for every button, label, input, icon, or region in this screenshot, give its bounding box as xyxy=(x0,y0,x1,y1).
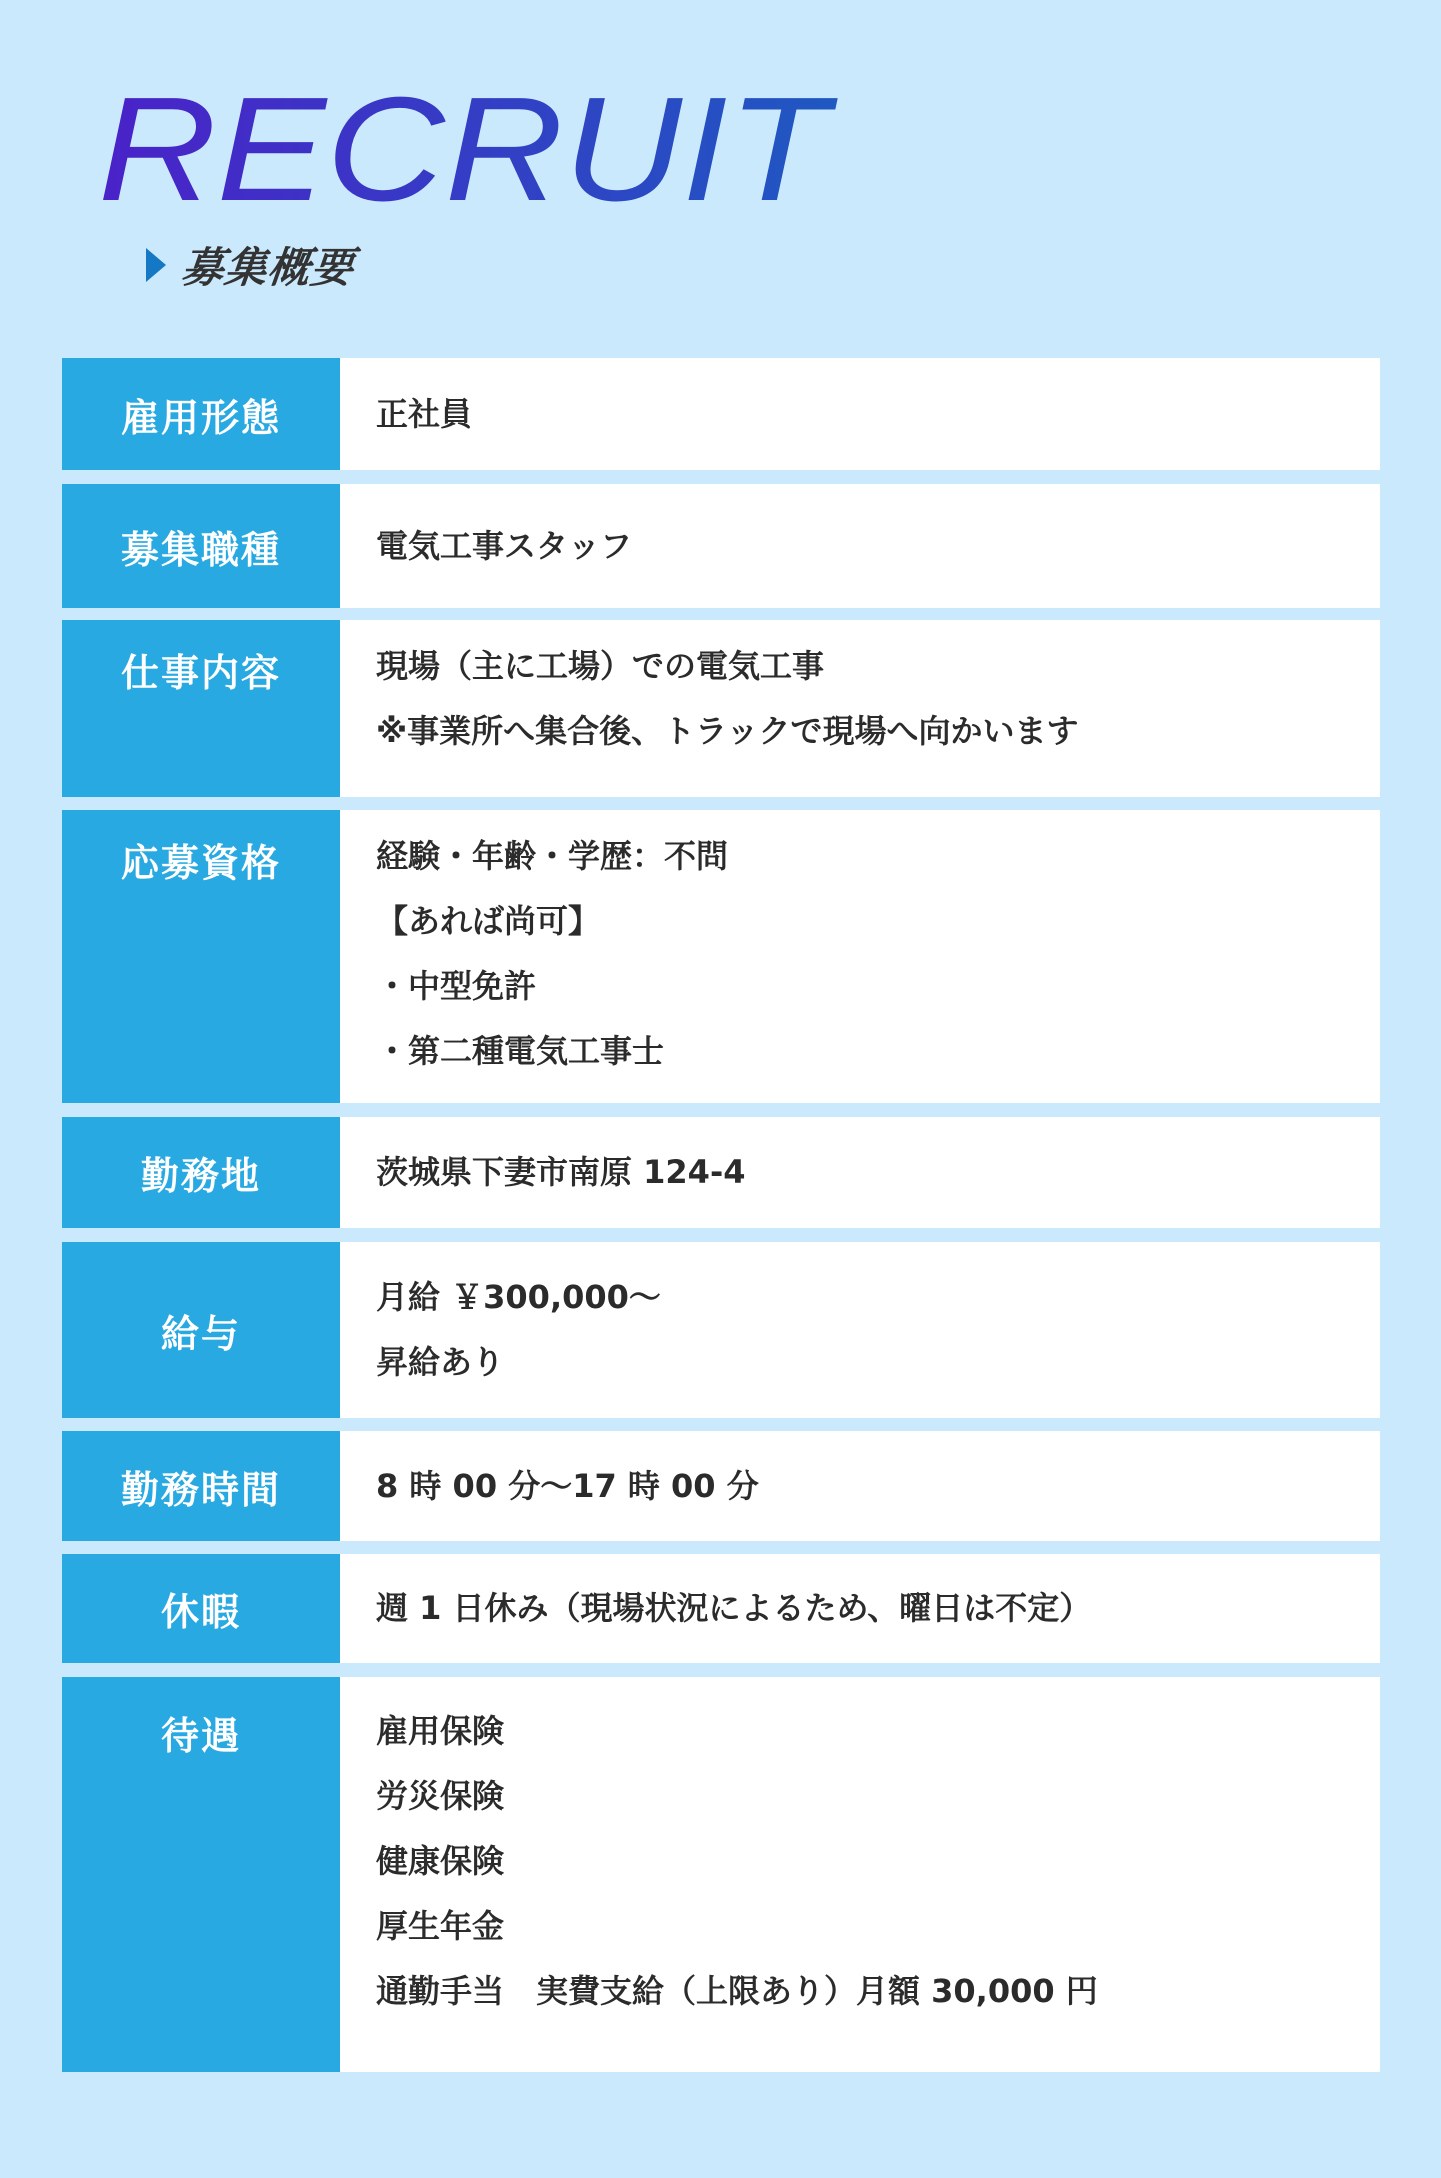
row-label: 勤務地 xyxy=(62,1117,340,1228)
recruit-wordmark: RECRUIT xyxy=(98,78,838,228)
row-label: 給与 xyxy=(62,1242,340,1418)
row-label: 仕事内容 xyxy=(62,620,340,797)
value-line: ・第二種電気工事士 xyxy=(376,1019,1380,1084)
section-subtitle: 募集概要 xyxy=(146,235,354,295)
row-label: 勤務時間 xyxy=(62,1431,340,1541)
row-value: 月給 ￥300,000〜 昇給あり xyxy=(340,1242,1380,1418)
triangle-marker-icon xyxy=(146,248,166,282)
value-line: 茨城県下妻市南原 124-4 xyxy=(376,1140,1380,1205)
row-label: 募集職種 xyxy=(62,484,340,608)
row-value: 雇用保険 労災保険 健康保険 厚生年金 通勤手当 実費支給（上限あり）月額 30… xyxy=(340,1677,1380,2072)
value-line: 昇給あり xyxy=(376,1330,1380,1395)
value-line: 厚生年金 xyxy=(376,1894,1380,1959)
table-row-holidays: 休暇 週 1 日休み（現場状況によるため、曜日は不定） xyxy=(62,1554,1380,1663)
value-line: ※事業所へ集合後、トラックで現場へ向かいます xyxy=(376,699,1380,764)
row-value: 8 時 00 分〜17 時 00 分 xyxy=(340,1431,1380,1541)
row-label: 雇用形態 xyxy=(62,358,340,470)
row-value: 正社員 xyxy=(340,358,1380,470)
table-row-job-type: 募集職種 電気工事スタッフ xyxy=(62,484,1380,608)
table-row-benefits: 待遇 雇用保険 労災保険 健康保険 厚生年金 通勤手当 実費支給（上限あり）月額… xyxy=(62,1677,1380,2072)
value-line: 8 時 00 分〜17 時 00 分 xyxy=(376,1454,1380,1519)
value-line: 健康保険 xyxy=(376,1829,1380,1894)
value-line: 週 1 日休み（現場状況によるため、曜日は不定） xyxy=(376,1576,1380,1641)
row-value: 週 1 日休み（現場状況によるため、曜日は不定） xyxy=(340,1554,1380,1663)
value-line: 電気工事スタッフ xyxy=(376,514,1380,579)
row-value: 茨城県下妻市南原 124-4 xyxy=(340,1117,1380,1228)
value-line: 現場（主に工場）での電気工事 xyxy=(376,634,1380,699)
row-value: 電気工事スタッフ xyxy=(340,484,1380,608)
value-line: 経験・年齢・学歴：不問 xyxy=(376,824,1380,889)
value-line: 正社員 xyxy=(376,382,1380,447)
row-value: 経験・年齢・学歴：不問 【あれば尚可】 ・中型免許 ・第二種電気工事士 xyxy=(340,810,1380,1103)
table-row-working-hours: 勤務時間 8 時 00 分〜17 時 00 分 xyxy=(62,1431,1380,1541)
value-line: 雇用保険 xyxy=(376,1699,1380,1764)
row-value: 現場（主に工場）での電気工事 ※事業所へ集合後、トラックで現場へ向かいます xyxy=(340,620,1380,797)
value-line: 【あれば尚可】 xyxy=(376,889,1380,954)
table-row-employment-type: 雇用形態 正社員 xyxy=(62,358,1380,470)
row-label: 休暇 xyxy=(62,1554,340,1663)
table-row-work-location: 勤務地 茨城県下妻市南原 124-4 xyxy=(62,1117,1380,1228)
row-label: 応募資格 xyxy=(62,810,340,1103)
value-line: 通勤手当 実費支給（上限あり）月額 30,000 円 xyxy=(376,1959,1380,2024)
value-line: 月給 ￥300,000〜 xyxy=(376,1265,1380,1330)
recruit-title: RECRUIT xyxy=(98,78,838,228)
table-row-salary: 給与 月給 ￥300,000〜 昇給あり xyxy=(62,1242,1380,1418)
value-line: 労災保険 xyxy=(376,1764,1380,1829)
row-label: 待遇 xyxy=(62,1677,340,2072)
svg-text:RECRUIT: RECRUIT xyxy=(98,78,838,228)
subtitle-text: 募集概要 xyxy=(179,235,357,295)
value-line: ・中型免許 xyxy=(376,954,1380,1019)
table-row-qualifications: 応募資格 経験・年齢・学歴：不問 【あれば尚可】 ・中型免許 ・第二種電気工事士 xyxy=(62,810,1380,1103)
table-row-job-description: 仕事内容 現場（主に工場）での電気工事 ※事業所へ集合後、トラックで現場へ向かい… xyxy=(62,620,1380,797)
